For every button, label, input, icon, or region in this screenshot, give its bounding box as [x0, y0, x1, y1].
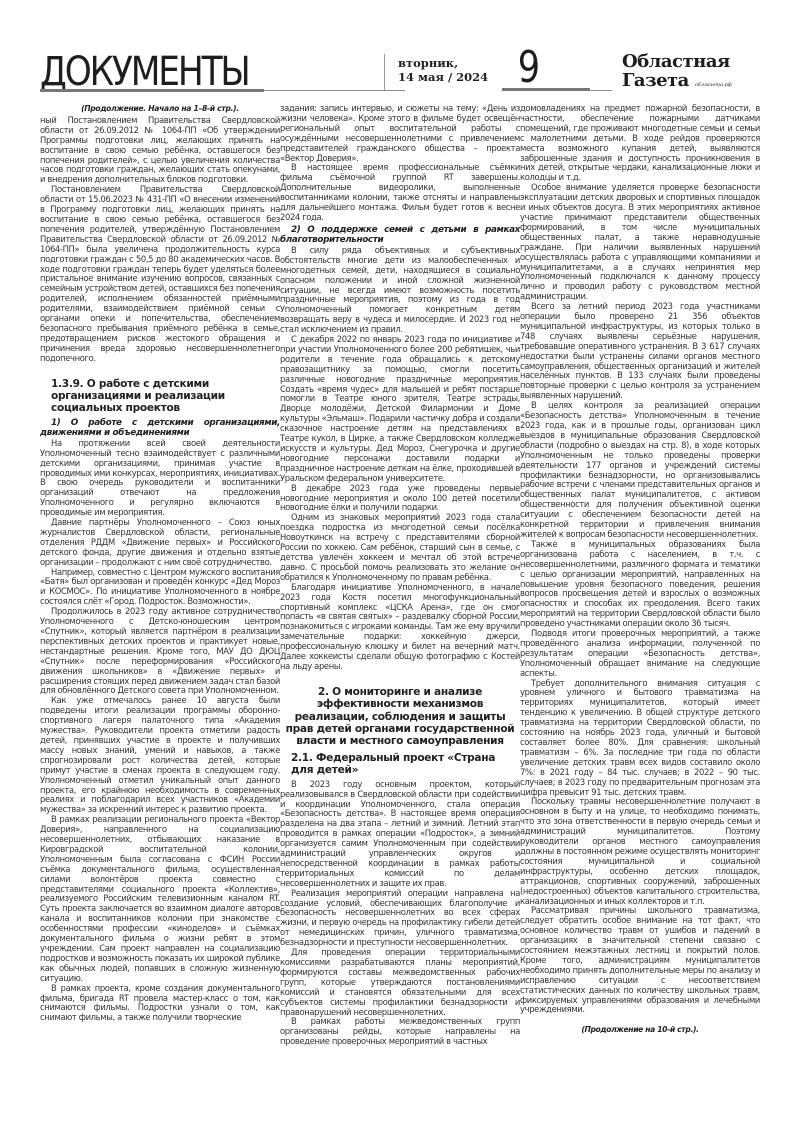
paragraph: Также в муниципальных образованиях была …	[520, 540, 760, 629]
paragraph: Например, совместно с Центром мужского в…	[40, 568, 280, 608]
paragraph: ный Постановлением Правительства Свердло…	[40, 116, 280, 185]
paragraph: На протяжении всей своей деятельности Уп…	[40, 439, 280, 518]
paragraph: Продолжилось в 2023 году активное сотруд…	[40, 607, 280, 696]
weekday: вторник,	[398, 56, 488, 70]
section-heading: 1.3.9. О работе с детскими организациями…	[40, 378, 280, 415]
subsection-heading: 2) О поддержке семей с детьми в рамках б…	[280, 225, 520, 245]
continuation-note: (Продолжение. Начало на 1–8-й стр.).	[40, 104, 280, 114]
subsection-heading: 1) О работе с детскими организациями, дв…	[40, 418, 280, 438]
section-heading: 2. О мониторинге и анализе эффективности…	[280, 686, 520, 748]
article-column-2: задания: запись интервью, и сюжеты на те…	[280, 104, 520, 1047]
paragraph: В рамках проекта, кроме создания докумен…	[40, 984, 280, 1024]
continuation-note: (Продолжение на 10-й стр.).	[520, 1025, 760, 1035]
paragraph: В рамках реализации регионального проект…	[40, 815, 280, 983]
paragraph: С декабря 2022 по январь 2023 года по ин…	[280, 335, 520, 484]
section-heading: 2.1. Федеральный проект «Страна для дете…	[280, 752, 520, 777]
header-rule-accent	[40, 89, 264, 92]
paragraph: Всего за летний период 2023 года участни…	[520, 302, 760, 401]
section-title: ДОКУМЕНТЫ	[40, 52, 249, 92]
paragraph: задания: запись интервью, и сюжеты на те…	[280, 104, 520, 163]
newspaper-logo: Областная Газетаоблгазета.рф	[622, 52, 732, 95]
header-divider	[384, 54, 385, 90]
paragraph: Подводя итоги проверочных мероприятий, а…	[520, 629, 760, 679]
page-number-rule-accent	[502, 88, 590, 91]
paragraph: В 2023 году основным проектом, который р…	[280, 780, 520, 889]
site-url: облгазета.рф	[695, 82, 732, 88]
masthead: ДОКУМЕНТЫ вторник, 14 мая / 2024 9 Облас…	[0, 40, 800, 100]
logo-line-1: Областная	[622, 52, 732, 71]
paragraph: В декабре 2023 года уже проведены первые…	[280, 484, 520, 514]
article-column-1: (Продолжение. Начало на 1–8-й стр.). ный…	[40, 104, 280, 1023]
paragraph: Постановлением Правительства Свердловско…	[40, 185, 280, 363]
paragraph: Особое внимание уделяется проверке безоп…	[520, 183, 760, 302]
paragraph: Одним из знаковых мероприятий 2023 года …	[280, 513, 520, 582]
paragraph: Благодаря инициативе Уполномоченного, в …	[280, 583, 520, 672]
paragraph: Рассматривая причины школьного травматиз…	[520, 906, 760, 1015]
newspaper-page: ДОКУМЕНТЫ вторник, 14 мая / 2024 9 Облас…	[0, 0, 800, 1125]
paragraph: Давние партнёры Уполномоченного – Союз ю…	[40, 518, 280, 568]
paragraph: В силу ряда объективных и субъективных о…	[280, 246, 520, 335]
date: 14 мая / 2024	[398, 70, 488, 84]
paragraph: Требует дополнительного внимания ситуаци…	[520, 679, 760, 798]
paragraph: В настоящее время профессиональные съёмк…	[280, 163, 520, 222]
paragraph: Как уже отмечалось ранее 10 августа были…	[40, 696, 280, 815]
issue-date: вторник, 14 мая / 2024	[398, 56, 488, 84]
paragraph: Реализация мероприятий операции направле…	[280, 889, 520, 948]
paragraph: В рамках работы межведомственных групп о…	[280, 1017, 520, 1047]
page-number: 9	[518, 46, 540, 90]
paragraph: домовладениях на предмет пожарной безопа…	[520, 104, 760, 183]
paragraph: Для проведения операции территориальными…	[280, 948, 520, 1017]
paragraph: В целях контроля за реализацией операции…	[520, 401, 760, 540]
article-column-3: домовладениях на предмет пожарной безопа…	[520, 104, 760, 1035]
logo-word: Газета	[622, 70, 689, 91]
logo-line-2: Газетаоблгазета.рф	[622, 71, 732, 95]
paragraph: Поскольку травмы несовершеннолетние полу…	[520, 797, 760, 906]
